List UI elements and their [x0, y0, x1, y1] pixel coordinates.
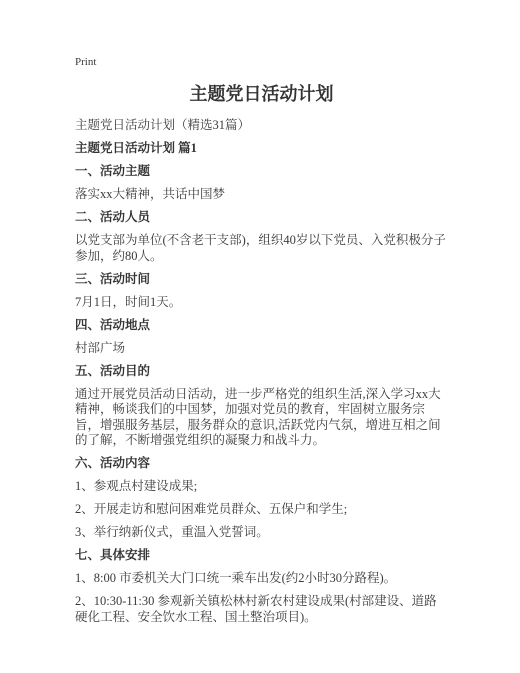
section-heading: 一、活动主题 [75, 164, 448, 180]
section-heading: 六、活动内容 [75, 456, 448, 472]
section-heading: 主题党日活动计划 篇1 [75, 141, 448, 157]
paragraph-text: 3、举行纳新仪式，重温入党誓词。 [75, 525, 448, 541]
paragraph-text: 村部广场 [75, 341, 448, 357]
page-title: 主题党日活动计划 [75, 82, 448, 106]
paragraph-text: 通过开展党员活动日活动，进一步严格党的组织生活,深入学习xx大精神，畅谈我们的中… [75, 387, 448, 449]
paragraph-text: 主题党日活动计划（精选31篇） [75, 118, 448, 134]
section-heading: 二、活动人员 [75, 210, 448, 226]
paragraph-text: 2、开展走访和慰问困难党员群众、五保户和学生; [75, 502, 448, 518]
paragraph-text: 2、10:30-11:30 参观新关镇松林村新农村建设成果(村部建设、道路硬化工… [75, 594, 448, 625]
paragraph-text: 1、参观点村建设成果; [75, 479, 448, 495]
paragraph-text: 7月1日，时间1天。 [75, 295, 448, 311]
print-link[interactable]: Print [75, 56, 448, 69]
section-heading: 三、活动时间 [75, 272, 448, 288]
document-body: 主题党日活动计划（精选31篇）主题党日活动计划 篇1一、活动主题落实xx大精神，… [75, 118, 448, 625]
section-heading: 五、活动目的 [75, 364, 448, 380]
paragraph-text: 落实xx大精神，共话中国梦 [75, 187, 448, 203]
paragraph-text: 1、8:00 市委机关大门口统一乘车出发(约2小时30分路程)。 [75, 571, 448, 587]
section-heading: 四、活动地点 [75, 318, 448, 334]
paragraph-text: 以党支部为单位(不含老干支部)，组织40岁以下党员、入党积极分子参加，约80人。 [75, 233, 448, 264]
section-heading: 七、具体安排 [75, 548, 448, 564]
document-page: Print 主题党日活动计划 主题党日活动计划（精选31篇）主题党日活动计划 篇… [0, 0, 520, 673]
